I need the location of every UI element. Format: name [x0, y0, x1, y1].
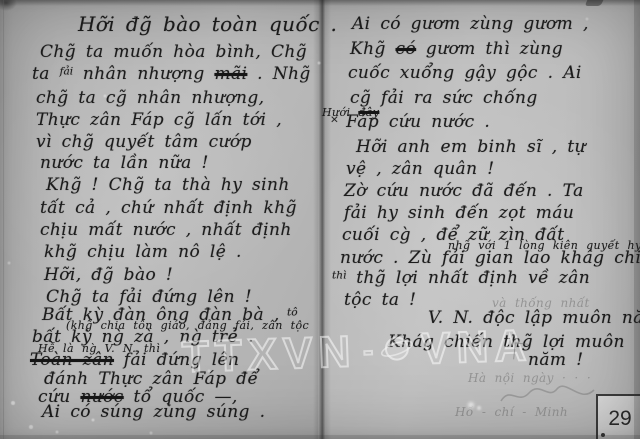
- film-edge-right: [634, 0, 640, 439]
- manuscript-line-left: Chg̃ ta fải đứng lên !: [46, 289, 252, 306]
- manuscript-line-right: nước . Zù fải gian lao khág chiến ,: [340, 250, 640, 267]
- manuscript-line-right: cg̃ fải ra sức chống: [350, 90, 538, 107]
- manuscript-line-left: khg̃ chịu làm nô lệ .: [44, 244, 242, 261]
- manuscript-line-right: V. N. độc lập muôn năm !: [428, 310, 640, 327]
- signature-scribble: [498, 383, 598, 407]
- manuscript-line-left: Toàn zân fải đứng lên: [30, 352, 239, 369]
- manuscript-line-right: vệ , zân quân !: [346, 161, 494, 178]
- text-segment: Zờ cứu nước đã đến . Ta: [344, 181, 584, 201]
- text-segment: gươm thì zùng: [416, 39, 563, 59]
- manuscript-line-left: đánh Thực zân Fáp để: [44, 371, 258, 388]
- text-segment: nước ta lần nữa !: [40, 153, 209, 173]
- manuscript-line-left: Ai có súng zùng súng .: [42, 404, 265, 421]
- pencil-bracket-mark: [513, 342, 528, 360]
- text-segment: tô: [280, 306, 298, 318]
- text-segment: Hỡi đg̃ bào toàn quốc .: [78, 12, 337, 36]
- plate-number: 29: [608, 407, 631, 431]
- manuscript-line-left: Khg̃ ! Chg̃ ta thà hy sinh: [46, 177, 290, 194]
- text-segment: fải hy sinh đến zọt máu: [344, 203, 574, 223]
- text-segment: cg̃ fải ra sức chống: [350, 88, 538, 108]
- text-segment: chg̃ ta cg̃ nhân nhượng,: [36, 88, 264, 108]
- text-segment: mãi: [214, 64, 247, 84]
- manuscript-line-left: Hỡi đg̃ bào toàn quốc .: [78, 14, 337, 34]
- text-segment: Fáp cứu nước .: [346, 112, 490, 132]
- film-edge-top: [0, 0, 640, 6]
- manuscript-line-right: Khág chiến thg̃ lợi muôn: [388, 334, 625, 351]
- manuscript-line-left: vì chg̃ quyết tâm cướp: [36, 134, 252, 151]
- manuscript-line-right: Zờ cứu nước đã đến . Ta: [344, 183, 584, 200]
- text-segment: Khg̃: [350, 39, 396, 59]
- text-segment: Toàn zân: [30, 350, 114, 370]
- text-segment: vì chg̃ quyết tâm cướp: [36, 132, 252, 152]
- text-segment: cuốc xuổng gậy gộc . Ai: [348, 63, 582, 83]
- text-segment: ta: [32, 64, 60, 84]
- manuscript-line-right: Hồ - chí - Minh: [455, 406, 568, 418]
- text-segment: V. N. độc lập muôn năm !: [428, 308, 640, 328]
- manuscript-line-right: fải hy sinh đến zọt máu: [344, 205, 574, 222]
- manuscript-line-left: Chg̃ ta muốn hòa bình, Chg̃: [40, 44, 307, 61]
- text-segment: Chg̃ ta muốn hòa bình, Chg̃: [40, 42, 307, 62]
- manuscript-line-right: Ai có gươm zùng gươm ,: [352, 16, 589, 33]
- film-edge-left: [3, 0, 4, 439]
- text-segment: có: [396, 39, 417, 59]
- text-segment: . Nhg̃: [247, 64, 310, 84]
- text-segment: Hỡi anh em binh sĩ , tự: [356, 137, 586, 157]
- text-segment: thì: [332, 269, 346, 281]
- text-segment: vệ , zân quân !: [346, 159, 494, 179]
- text-segment: Hỡi, đg̃ bào !: [44, 265, 173, 285]
- text-segment: Ai có gươm zùng gươm ,: [352, 14, 589, 34]
- text-segment: thg̃ lợi nhất định về zân: [346, 268, 590, 288]
- text-segment: tất cả , chứ nhất định khg̃: [40, 198, 297, 218]
- manuscript-line-left: ta fải nhân nhượng mãi . Nhg̃: [32, 66, 311, 83]
- text-segment: đánh Thực zân Fáp để: [44, 369, 258, 389]
- text-segment: nước .: [340, 248, 409, 268]
- manuscript-line-left: chịu mất nước , nhất định: [40, 222, 292, 239]
- manuscript-line-left: tất cả , chứ nhất định khg̃: [40, 200, 297, 217]
- center-fold: [313, 0, 331, 439]
- text-segment: Hồ - chí - Minh: [455, 405, 568, 419]
- manuscript-line-right: tộc ta !: [344, 292, 416, 309]
- manuscript-line-left: chg̃ ta cg̃ nhân nhượng,: [36, 90, 264, 107]
- manuscript-line-left: Thực zân Fáp cg̃ lấn tới ,: [36, 112, 282, 129]
- text-segment: khg̃ chịu làm nô lệ .: [44, 242, 242, 262]
- text-segment: chịu mất nước , nhất định: [40, 220, 292, 240]
- text-segment: fải: [60, 65, 74, 77]
- text-segment: fải đứng lên: [114, 350, 239, 370]
- manuscript-photo: Hỡi đg̃ bào toàn quốc .Chg̃ ta muốn hòa …: [0, 0, 640, 439]
- text-segment: Khg̃ ! Chg̃ ta thà hy sinh: [46, 175, 290, 195]
- manuscript-line-right: cuốc xuổng gậy gộc . Ai: [348, 65, 582, 82]
- manuscript-line-left: nước ta lần nữa !: [40, 155, 209, 172]
- manuscript-line-right: thì thg̃ lợi nhất định về zân: [332, 270, 590, 287]
- text-segment: Thực zân Fáp cg̃ lấn tới ,: [36, 110, 282, 130]
- text-segment: tộc ta !: [344, 290, 416, 310]
- manuscript-line-right: Hỡi anh em binh sĩ , tự: [356, 139, 586, 156]
- text-segment: nhân nhượng: [73, 64, 214, 84]
- text-segment: ×: [330, 113, 346, 125]
- manuscript-line-right: năm !: [528, 352, 583, 369]
- text-segment: Chg̃ ta fải đứng lên !: [46, 287, 252, 307]
- manuscript-line-right: Khg̃ có gươm thì zùng: [350, 41, 563, 58]
- text-segment: Ai có súng zùng súng .: [42, 402, 265, 422]
- text-segment: năm !: [528, 350, 583, 370]
- manuscript-line-right: × Fáp cứu nước .: [330, 114, 490, 131]
- dust-specks: [0, 0, 2, 2]
- text-segment: Khág chiến thg̃ lợi muôn: [388, 332, 625, 352]
- manuscript-line-left: Hỡi, đg̃ bào !: [44, 267, 173, 284]
- film-edge-bottom: [0, 435, 640, 439]
- text-segment: Zù fải gian lao khág chiến ,: [409, 248, 640, 268]
